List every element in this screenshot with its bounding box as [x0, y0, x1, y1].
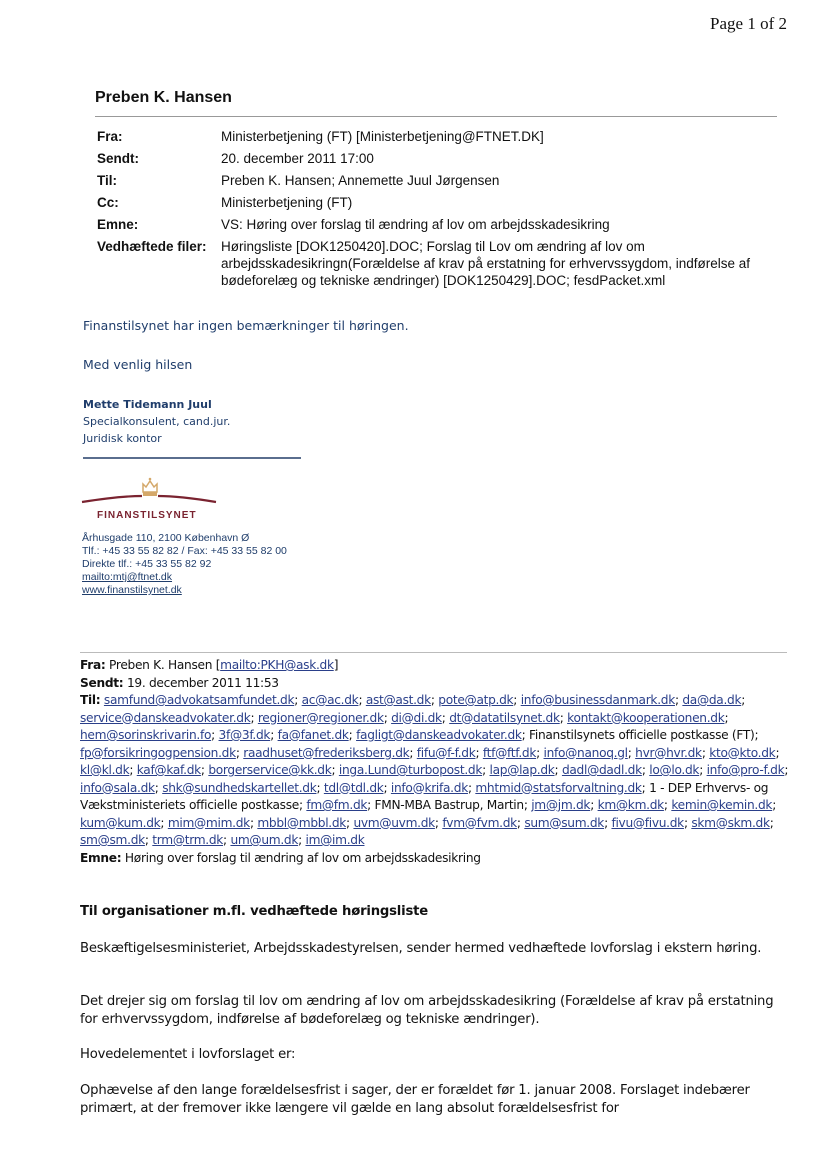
recipient-email-link[interactable]: fagligt@danskeadvokater.dk [356, 728, 522, 742]
recipient-email-link[interactable]: sm@sm.dk [80, 833, 145, 847]
forwarded-header: Fra: Preben K. Hansen [mailto:PKH@ask.dk… [80, 657, 790, 867]
body-paragraph: Det drejer sig om forslag til lov om ænd… [80, 993, 790, 1029]
recipient-email-link[interactable]: mim@mim.dk [168, 816, 250, 830]
fwd-sent-row: Sendt: 19. december 2011 11:53 [80, 675, 790, 693]
recipient-email-link[interactable]: info@krifa.dk [391, 781, 468, 795]
fwd-to-label: Til: [80, 693, 100, 707]
recipient-email-link[interactable]: inga.Lund@turbopost.dk [339, 763, 482, 777]
recipient-email-link[interactable]: info@nanoq.gl [544, 746, 628, 760]
recipient-email-link[interactable]: fvm@fvm.dk [442, 816, 517, 830]
recipient-email-link[interactable]: skm@skm.dk [691, 816, 769, 830]
header-row-to: Til: Preben K. Hansen; Annemette Juul Jø… [97, 172, 781, 189]
header-row-subject: Emne: VS: Høring over forslag til ændrin… [97, 216, 781, 233]
recipient-email-link[interactable]: kontakt@kooperationen.dk [567, 711, 724, 725]
signature-department: Juridisk kontor [83, 430, 230, 447]
logo-wordmark: FINANSTILSYNET [97, 510, 197, 521]
body-paragraph: Hovedelementet i lovforslaget er: [80, 1046, 790, 1064]
header-row-sent: Sendt: 20. december 2011 17:00 [97, 150, 781, 167]
recipient-email-link[interactable]: im@im.dk [305, 833, 364, 847]
reply-message: Finanstilsynet har ingen bemærkninger ti… [83, 318, 409, 333]
cc-label: Cc: [97, 194, 221, 211]
fwd-from-row: Fra: Preben K. Hansen [mailto:PKH@ask.dk… [80, 657, 790, 675]
recipient-list: samfund@advokatsamfundet.dk; ac@ac.dk; a… [80, 693, 788, 847]
recipient-email-link[interactable]: da@da.dk [682, 693, 741, 707]
sent-label: Sendt: [97, 150, 221, 167]
recipient-email-link[interactable]: kemin@kemin.dk [671, 798, 772, 812]
recipient-name: Finanstilsynets officielle postkasse (FT… [529, 728, 754, 742]
recipient-email-link[interactable]: fp@forsikringogpension.dk [80, 746, 236, 760]
recipient-email-link[interactable]: jm@jm.dk [531, 798, 590, 812]
header-row-attachments: Vedhæftede filer: Høringsliste [DOK12504… [97, 238, 781, 289]
mailbox-owner-name: Preben K. Hansen [95, 89, 232, 107]
recipient-email-link[interactable]: lap@lap.dk [490, 763, 555, 777]
mailto-link[interactable]: mailto:mtj@ftnet.dk [82, 571, 172, 583]
recipient-email-link[interactable]: mhtmid@statsforvaltning.dk [475, 781, 641, 795]
recipient-email-link[interactable]: kum@kum.dk [80, 816, 160, 830]
contact-block: Århusgade 110, 2100 København Ø Tlf.: +4… [82, 532, 287, 597]
recipient-email-link[interactable]: kaf@kaf.dk [137, 763, 201, 777]
attachments-label: Vedhæftede filer: [97, 238, 221, 289]
recipient-email-link[interactable]: mbbl@mbbl.dk [257, 816, 346, 830]
from-value: Ministerbetjening (FT) [Ministerbetjenin… [221, 128, 781, 145]
header-divider [95, 116, 777, 117]
fwd-sent-label: Sendt: [80, 676, 123, 690]
recipient-email-link[interactable]: fifu@f-f.dk [417, 746, 476, 760]
from-label: Fra: [97, 128, 221, 145]
recipient-email-link[interactable]: tdl@tdl.dk [324, 781, 384, 795]
signature-title: Specialkonsulent, cand.jur. [83, 413, 230, 430]
recipient-email-link[interactable]: 3f@3f.dk [219, 728, 271, 742]
email-header: Fra: Ministerbetjening (FT) [Ministerbet… [97, 128, 781, 294]
recipient-email-link[interactable]: raadhuset@frederiksberg.dk [243, 746, 409, 760]
signature-name: Mette Tidemann Juul [83, 396, 230, 413]
subject-value: VS: Høring over forslag til ændring af l… [221, 216, 781, 233]
subject-label: Emne: [97, 216, 221, 233]
address: Århusgade 110, 2100 København Ø [82, 532, 287, 545]
body-heading: Til organisationer m.fl. vedhæftede høri… [80, 903, 790, 921]
recipient-email-link[interactable]: di@di.dk [391, 711, 442, 725]
recipient-email-link[interactable]: samfund@advokatsamfundet.dk [104, 693, 294, 707]
recipient-email-link[interactable]: fivu@fivu.dk [611, 816, 683, 830]
fwd-subject-row: Emne: Høring over forslag til ændring af… [80, 850, 790, 868]
phone-fax: Tlf.: +45 33 55 82 82 / Fax: +45 33 55 8… [82, 545, 287, 558]
fwd-from-name: Preben K. Hansen [109, 658, 212, 672]
recipient-email-link[interactable]: uvm@uvm.dk [353, 816, 434, 830]
recipient-email-link[interactable]: info@pro-f.dk [707, 763, 785, 777]
body-paragraph: Beskæftigelsesministeriet, Arbejdsskades… [80, 940, 790, 958]
page-indicator: Page 1 of 2 [710, 14, 787, 34]
recipient-email-link[interactable]: ast@ast.dk [366, 693, 431, 707]
recipient-email-link[interactable]: borgerservice@kk.dk [208, 763, 331, 777]
recipient-email-link[interactable]: pote@atp.dk [438, 693, 513, 707]
recipient-email-link[interactable]: um@um.dk [230, 833, 298, 847]
fwd-subject-label: Emne: [80, 851, 121, 865]
cc-value: Ministerbetjening (FT) [221, 194, 781, 211]
recipient-name: FMN-MBA Bastrup, Martin [375, 798, 524, 812]
recipient-email-link[interactable]: hvr@hvr.dk [635, 746, 702, 760]
fwd-sent-value: 19. december 2011 11:53 [127, 676, 279, 690]
recipient-email-link[interactable]: dadl@dadl.dk [562, 763, 642, 777]
recipient-email-link[interactable]: trm@trm.dk [152, 833, 223, 847]
recipient-email-link[interactable]: fa@fanet.dk [278, 728, 349, 742]
fwd-subject-value: Høring over forslag til ændring af lov o… [125, 851, 481, 865]
recipient-email-link[interactable]: service@danskeadvokater.dk [80, 711, 250, 725]
recipient-email-link[interactable]: hem@sorinskrivarin.fo [80, 728, 211, 742]
reply-greeting: Med venlig hilsen [83, 357, 192, 372]
sent-value: 20. december 2011 17:00 [221, 150, 781, 167]
to-label: Til: [97, 172, 221, 189]
recipient-email-link[interactable]: ac@ac.dk [302, 693, 359, 707]
signature: Mette Tidemann Juul Specialkonsulent, ca… [83, 396, 230, 447]
fwd-from-label: Fra: [80, 658, 105, 672]
recipient-email-link[interactable]: kto@kto.dk [709, 746, 775, 760]
to-value: Preben K. Hansen; Annemette Juul Jørgens… [221, 172, 781, 189]
attachments-value[interactable]: Høringsliste [DOK1250420].DOC; Forslag t… [221, 238, 781, 289]
direct-phone: Direkte tlf.: +45 33 55 82 92 [82, 558, 287, 571]
recipient-email-link[interactable]: shk@sundhedskartellet.dk [162, 781, 316, 795]
fwd-from-link[interactable]: mailto:PKH@ask.dk [220, 658, 334, 672]
recipient-email-link[interactable]: lo@lo.dk [649, 763, 699, 777]
website-link[interactable]: www.finanstilsynet.dk [82, 584, 182, 596]
fwd-to-row: Til: samfund@advokatsamfundet.dk; ac@ac.… [80, 692, 790, 850]
body-paragraph: Ophævelse af den lange forældelsesfrist … [80, 1082, 790, 1118]
recipient-email-link[interactable]: sum@sum.dk [524, 816, 604, 830]
recipient-email-link[interactable]: ftf@ftf.dk [483, 746, 536, 760]
signature-divider [83, 457, 301, 459]
recipient-email-link[interactable]: info@businessdanmark.dk [521, 693, 675, 707]
recipient-email-link[interactable]: dt@datatilsynet.dk [449, 711, 560, 725]
recipient-email-link[interactable]: km@km.dk [598, 798, 664, 812]
recipient-email-link[interactable]: fm@fm.dk [306, 798, 367, 812]
header-row-cc: Cc: Ministerbetjening (FT) [97, 194, 781, 211]
recipient-email-link[interactable]: info@sala.dk [80, 781, 155, 795]
header-row-from: Fra: Ministerbetjening (FT) [Ministerbet… [97, 128, 781, 145]
recipient-email-link[interactable]: regioner@regioner.dk [258, 711, 384, 725]
forward-divider [80, 652, 787, 653]
recipient-email-link[interactable]: kl@kl.dk [80, 763, 129, 777]
